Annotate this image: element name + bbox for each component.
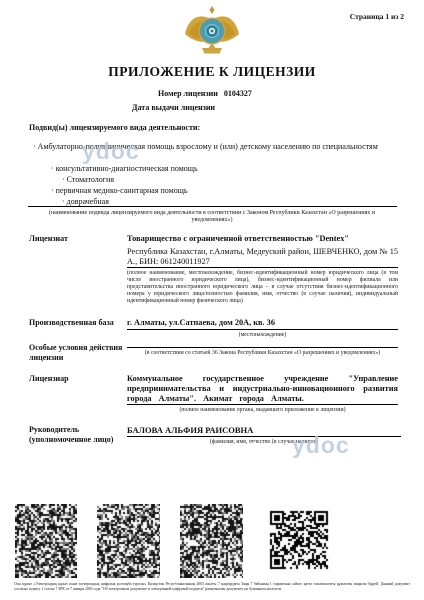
license-number-value: 0104327 [224,89,252,98]
issue-date-label: Дата выдачи лицензии [132,103,215,112]
kazakhstan-emblem-icon [184,6,240,58]
licensee-name: Товарищество с ограниченной ответственно… [127,234,398,243]
head-label-line1: Руководитель [29,425,125,435]
legal-footer-text: Осы құжат «Электрондық құжат және электр… [14,582,410,591]
license-number-label: Номер лицензии [158,89,218,98]
head-caption: (фамилия, имя, отчество (в случае наличи… [127,436,401,446]
licensee-address: Республика Казахстан, г.Алматы, Медеуски… [127,247,398,267]
section-divider [28,206,397,207]
licensee-label: Лицензиат [29,234,125,244]
special-conditions-label: Особые условия действия лицензии [29,343,125,362]
head-label: Руководитель (уполномоченное лицо) [29,425,125,444]
licensee-caption: (полное наименование, местонахождение, б… [127,267,398,305]
subtype-item: консультативно-диагностическая помощь [51,164,198,174]
special-conditions-caption: (в соответствии со статьей 36 Закона Рес… [127,347,398,357]
datamatrix-barcode-1 [15,504,77,578]
subtype-item: первичная медико-санитарная помощь [51,186,188,196]
production-base-caption: (местонахождение) [127,329,398,339]
datamatrix-barcode-3 [180,504,243,578]
subtypes-heading: Подвид(ы) лицензируемого вида деятельнос… [29,123,200,132]
licensor-caption: (полное наименование органа, выдавшего п… [127,404,398,414]
subtype-item: Стоматология [62,175,114,185]
license-number-line: Номер лицензии0104327 [158,89,252,98]
head-value: БАЛОВА АЛЬФИЯ РАИСОВНА [127,425,398,435]
licensor-value: Коммунальное государственное учреждение … [127,374,398,404]
head-label-line2: (уполномоченное лицо) [29,435,125,445]
production-base-value: г. Алматы, ул.Сатпаева, дом 20А, кв. 36 [127,318,398,327]
license-appendix-page: Страница 1 из 2 ПРИЛОЖЕНИЕ К ЛИЦЕНЗИИ Но… [0,0,424,600]
page-indicator: Страница 1 из 2 [350,12,404,21]
document-title: ПРИЛОЖЕНИЕ К ЛИЦЕНЗИИ [0,64,424,80]
subtypes-caption: (наименование подвида лицензируемого вид… [40,210,384,224]
datamatrix-barcode-2 [97,504,160,578]
subtype-item: Амбулаторно-поликлиническая помощь взрос… [33,142,415,152]
qr-code [268,509,330,571]
production-base-label: Производственная база [29,318,125,328]
licensor-label: Лицензиар [29,374,125,384]
